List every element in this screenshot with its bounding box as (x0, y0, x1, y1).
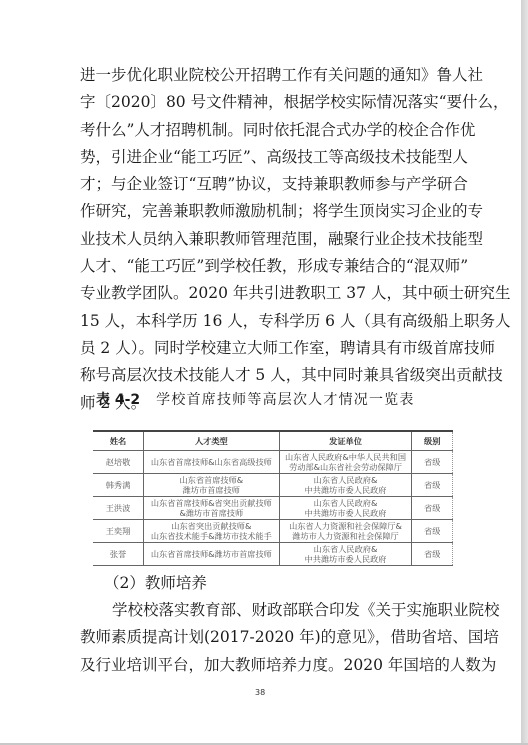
text-line: 及行业培训平台，加大教师培养力度。2020 年国培的人数为 (80, 652, 464, 679)
page-edge-shadow (521, 0, 528, 745)
text-line: 15 人，本科学历 16 人，专科学历 6 人（具有高级船上职务人 (80, 308, 464, 335)
cell-type: 山东省首席技师&潍坊市首席技师 (144, 543, 280, 566)
text-line: 教师素质提高计划(2017-2020 年)的意见》，借助省培、国培 (80, 624, 464, 651)
table-row: 韩秀满 山东省首席技师&潍坊市首席技师 山东省人民政府&中共潍坊市委人民政府 省… (93, 474, 453, 497)
cell-line: 山东省人民政府& (282, 498, 410, 509)
table-row: 王洪波 山东省首席技师&省突出贡献技师&潍坊市首席技师 山东省人民政府&中共潍坊… (93, 497, 453, 520)
cell-issuer: 山东省人民政府&中共潍坊市委人民政府 (279, 543, 412, 566)
text-line: 才；与企业签订“互聘”协议，支持兼职教师参与产学研合 (80, 171, 464, 198)
column-header-issuer: 发证单位 (279, 431, 412, 451)
cell-line: &潍坊市首席技师 (146, 508, 277, 519)
cell-line: 劳动部&山东省社会劳动保障厅 (282, 462, 410, 473)
cell-line: 中共潍坊市委人民政府 (282, 554, 410, 565)
section-heading-teacher-training: （2）教师培养 (104, 570, 207, 597)
text-line: 员 2 人）。同时学校建立大师工作室，聘请具有市级首席技师 (80, 335, 464, 362)
cell-level: 省级 (412, 474, 453, 497)
cell-line: 山东省人民政府& (282, 475, 410, 486)
cell-line: 山东省首席技师&山东省高级技师 (146, 457, 277, 468)
cell-type: 山东省首席技师&山东省高级技师 (144, 451, 280, 474)
talent-table: 姓名 人才类型 发证单位 级别 赵培敬 山东省首席技师&山东省高级技师 山东省人… (93, 430, 453, 566)
table-caption: 表 4-2学校首席技师等高层次人才情况一览表 (96, 389, 456, 409)
page-number: 38 (255, 688, 265, 697)
cell-line: 潍坊市人力资源和社会保障厅 (282, 531, 410, 542)
cell-line: 山东省首席技师& (146, 475, 277, 486)
cell-line: 潍坊市首席技师 (146, 485, 277, 496)
cell-level: 省级 (412, 543, 453, 566)
cell-line: 山东省人力资源和社会保障厅& (282, 521, 410, 532)
text-line: 势，引进企业“能工巧匠”、高级技工等高级技术技能型人 (80, 144, 464, 171)
cell-issuer: 山东省人民政府&中共潍坊市委人民政府 (279, 497, 412, 520)
text-line: 称号高层次技术技能人才 5 人，其中同时兼具省级突出贡献技 (80, 362, 464, 389)
cell-name: 韩秀满 (93, 474, 144, 497)
column-header-name: 姓名 (93, 431, 144, 451)
cell-line: 山东省首席技师&省突出贡献技师 (146, 498, 277, 509)
cell-name: 王奕翔 (93, 520, 144, 543)
cell-name: 张誉 (93, 543, 144, 566)
cell-line: 山东省技术能手&潍坊市技术能手 (146, 531, 277, 542)
cell-level: 省级 (412, 520, 453, 543)
text-line: 学校校落实教育部、财政部联合印发《关于实施职业院校 (80, 597, 464, 624)
cell-level: 省级 (412, 451, 453, 474)
cell-type: 山东省首席技师&潍坊市首席技师 (144, 474, 280, 497)
paragraph-recruitment: 进一步优化职业院校公开招聘工作有关问题的通知》鲁人社 字〔2020〕80 号文件… (80, 62, 464, 417)
cell-type: 山东省突出贡献技师&山东省技术能手&潍坊市技术能手 (144, 520, 280, 543)
text-line: 考什么”人才招聘机制。同时依托混合式办学的校企合作优 (80, 117, 464, 144)
text-line: 专业教学团队。2020 年共引进教职工 37 人，其中硕士研究生 (80, 280, 464, 307)
cell-line: 山东省首席技师&潍坊市首席技师 (146, 549, 277, 560)
table-number: 表 4-2 (96, 392, 140, 408)
cell-line: 中共潍坊市委人民政府 (282, 508, 410, 519)
cell-name: 赵培敬 (93, 451, 144, 474)
cell-issuer: 山东省人力资源和社会保障厅&潍坊市人力资源和社会保障厅 (279, 520, 412, 543)
table-row: 张誉 山东省首席技师&潍坊市首席技师 山东省人民政府&中共潍坊市委人民政府 省级 (93, 543, 453, 566)
cell-level: 省级 (412, 497, 453, 520)
cell-issuer: 山东省人民政府&中华人民共和国劳动部&山东省社会劳动保障厅 (279, 451, 412, 474)
column-header-level: 级别 (412, 431, 453, 451)
cell-line: 山东省人民政府& (282, 544, 410, 555)
column-header-type: 人才类型 (144, 431, 280, 451)
cell-line: 山东省突出贡献技师& (146, 521, 277, 532)
text-line: 作研究，完善兼职教师激励机制；将学生顶岗实习企业的专 (80, 198, 464, 225)
cell-name: 王洪波 (93, 497, 144, 520)
text-line: 进一步优化职业院校公开招聘工作有关问题的通知》鲁人社 (80, 62, 464, 89)
text-line: 业技术人员纳入兼职教师管理范围，融聚行业企技术技能型 (80, 226, 464, 253)
cell-line: 山东省人民政府&中华人民共和国 (282, 452, 410, 463)
table-header-row: 姓名 人才类型 发证单位 级别 (93, 431, 453, 451)
cell-type: 山东省首席技师&省突出贡献技师&潍坊市首席技师 (144, 497, 280, 520)
text-line: 人才、“能工巧匠”到学校任教，形成专兼结合的“混双师” (80, 253, 464, 280)
cell-issuer: 山东省人民政府&中共潍坊市委人民政府 (279, 474, 412, 497)
table-title: 学校首席技师等高层次人才情况一览表 (156, 392, 414, 408)
paragraph-teacher-training: 学校校落实教育部、财政部联合印发《关于实施职业院校 教师素质提高计划(2017-… (80, 597, 464, 679)
table-row: 赵培敬 山东省首席技师&山东省高级技师 山东省人民政府&中华人民共和国劳动部&山… (93, 451, 453, 474)
cell-line: 中共潍坊市委人民政府 (282, 485, 410, 496)
table-row: 王奕翔 山东省突出贡献技师&山东省技术能手&潍坊市技术能手 山东省人力资源和社会… (93, 520, 453, 543)
text-line: 字〔2020〕80 号文件精神，根据学校实际情况落实“要什么， (80, 89, 464, 116)
